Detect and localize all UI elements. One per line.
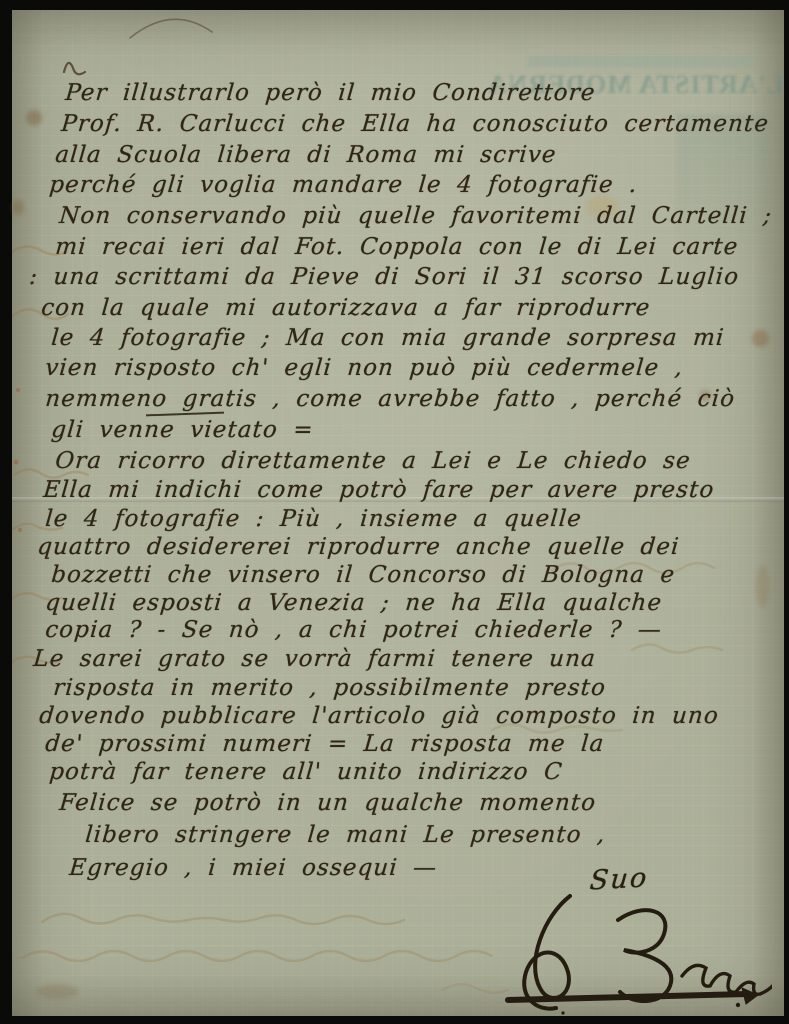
letter-line: Ella mi indichi come potrò fare per aver…	[42, 475, 716, 505]
letter-line: copia ? - Se nò , a chi potrei chiederle…	[44, 615, 663, 645]
letter-line: dovendo pubblicare l'articolo già compos…	[38, 701, 720, 731]
stray-pen-arc	[130, 19, 212, 38]
letter-line: quattro desidererei riprodurre anche que…	[36, 532, 681, 562]
letter-line: alla Scuola libera di Roma mi scrive	[54, 140, 558, 170]
stray-pen-mark	[64, 63, 85, 74]
letter-line: gli venne vietato =	[50, 415, 315, 445]
letter-line: Per illustrarlo però il mio Condirettore	[64, 78, 597, 108]
letter-line: risposta in merito , possibilmente prest…	[52, 673, 607, 703]
letter-page: L'ARTISTA MODERNA	[12, 10, 784, 1016]
letter-line: bozzetti che vinsero il Concorso di Bolo…	[50, 560, 677, 590]
letter-line: Non conservando più quelle favoritemi da…	[58, 201, 773, 231]
letter-line: Prof. R. Carlucci che Ella ha conosciuto…	[60, 109, 770, 139]
letter-line: Egregio , i miei ossequi —	[68, 853, 439, 883]
letter-line: Le sarei grato se vorrà farmi tenere una	[32, 644, 597, 674]
letter-line: le 4 fotografie : Più , insieme a quelle	[44, 504, 583, 534]
letter-line: quelli esposti a Venezia ; ne ha Ella qu…	[44, 588, 663, 618]
signature	[452, 890, 772, 1015]
letter-line: perché gli voglia mandare le 4 fotografi…	[48, 170, 639, 200]
scanned-letter-screenshot: { "letter": { "lines": [ "Per illustrarl…	[0, 0, 789, 1024]
letter-line: le 4 fotografie ; Ma con mia grande sorp…	[50, 323, 726, 353]
letter-line: potrà far tenere all' unito indirizzo C	[48, 757, 564, 787]
letter-line: vien risposto ch' egli non può più ceder…	[44, 353, 684, 383]
letter-line: libero stringere le mani Le presento ,	[84, 820, 607, 850]
letter-line: : una scrittami da Pieve di Sori il 31 s…	[28, 262, 740, 292]
letter-line: Ora ricorro direttamente a Lei e Le chie…	[54, 446, 692, 476]
letter-line: mi recai ieri dal Fot. Coppola con le di…	[54, 232, 740, 262]
letter-line: con la quale mi autorizzava a far riprod…	[40, 293, 652, 323]
letter-line: nemmeno gratis , come avrebbe fatto , pe…	[44, 384, 736, 414]
letter-line: de' prossimi numeri = La risposta me la	[44, 729, 606, 759]
letter-line: Felice se potrò in un qualche momento	[58, 788, 597, 818]
